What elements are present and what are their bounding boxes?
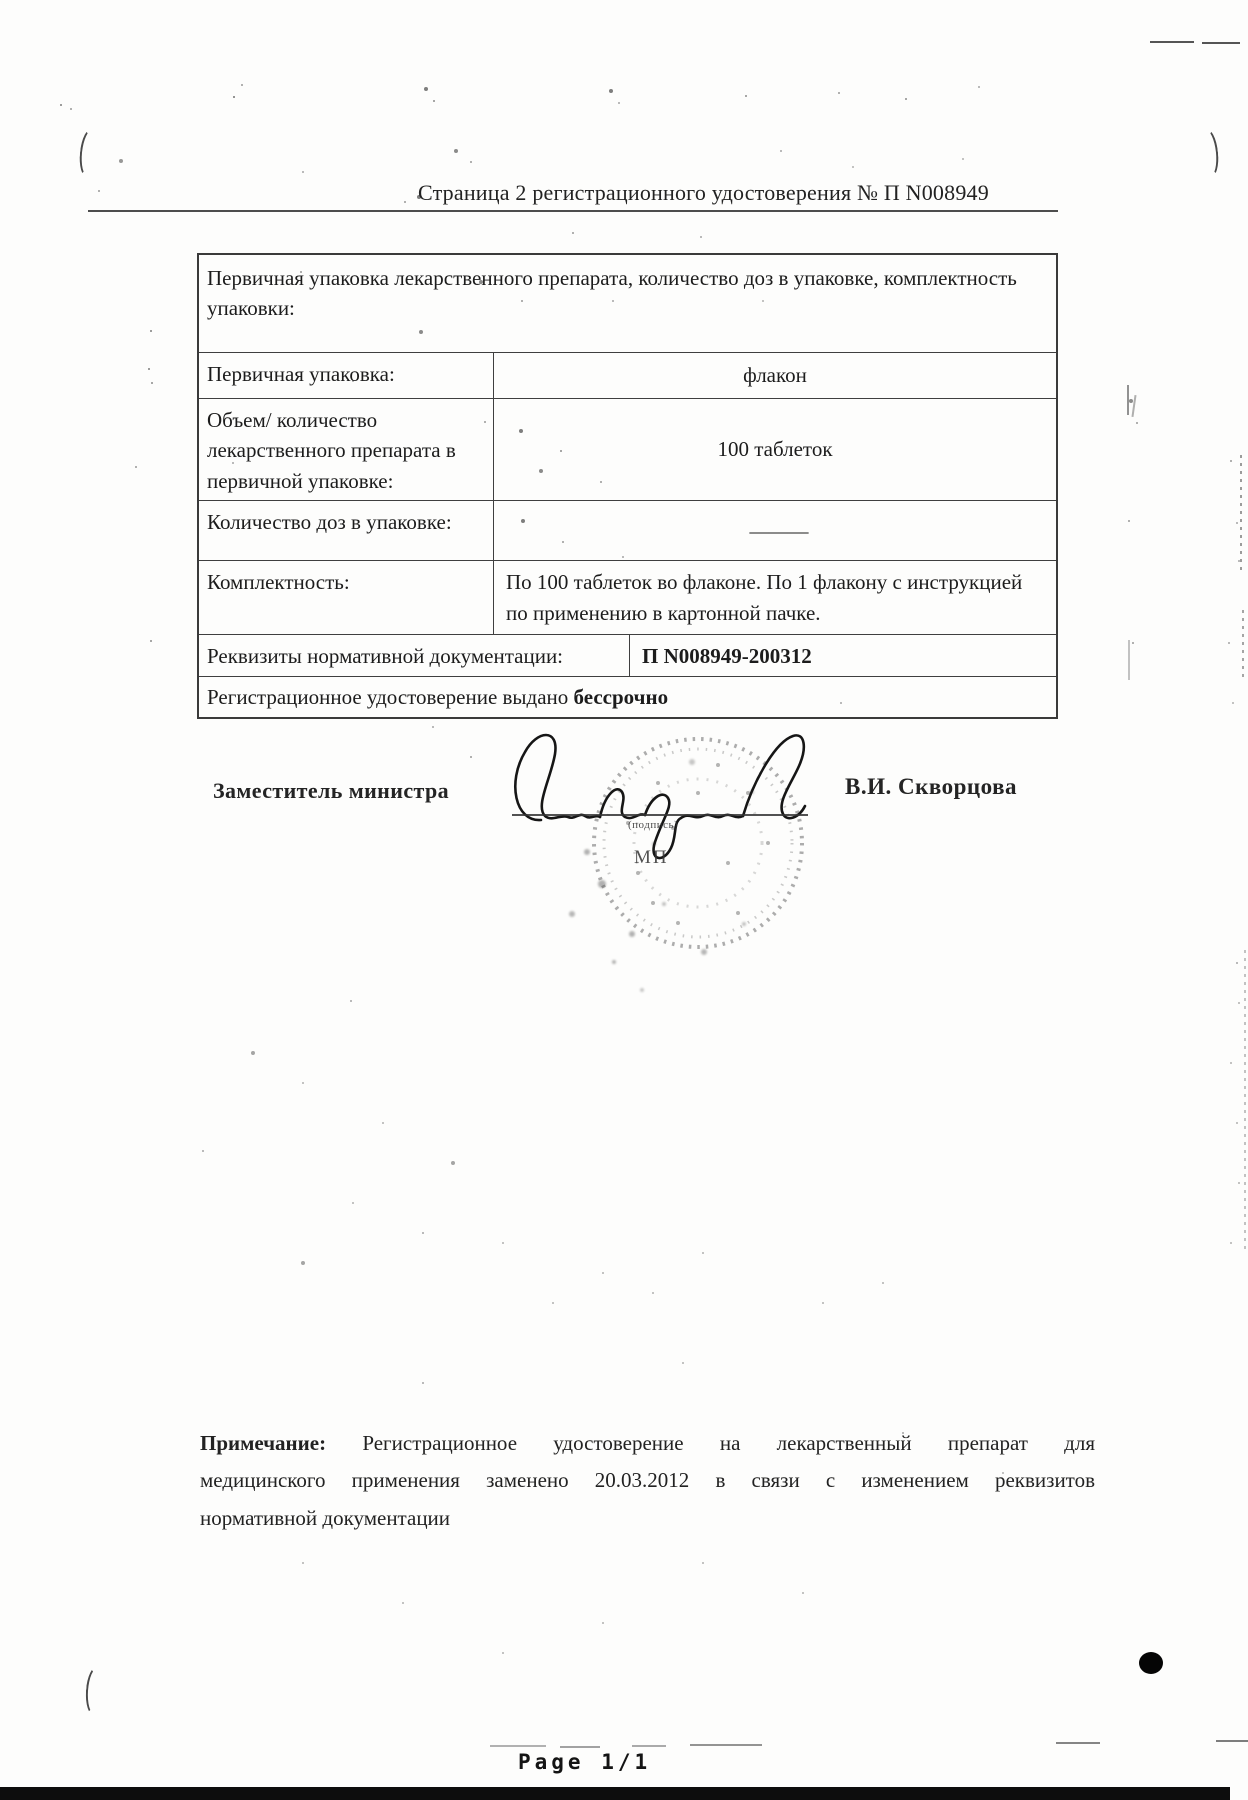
note-line-1: Примечание: Регистрационное удостоверени…: [200, 1425, 1095, 1462]
volume-quantity-value: 100 таблеток: [494, 399, 1056, 500]
footer-dash-6: [1216, 1740, 1248, 1742]
volume-quantity-label: Объем/ количество лекарственного препара…: [199, 399, 494, 500]
signature-caption: (подпись): [628, 819, 678, 831]
footer-dash-3: [632, 1745, 666, 1747]
validity-row: Регистрационное удостоверение выдано бес…: [199, 676, 1056, 716]
volume-quantity-row: Объем/ количество лекарственного препара…: [199, 398, 1056, 500]
primary-packaging-row: Первичная упаковка: флакон: [199, 352, 1056, 398]
scan-black-dot: [1139, 1652, 1163, 1674]
doses-count-label: Количество доз в упаковке:: [199, 501, 494, 560]
seal-place-label: МП: [634, 847, 669, 869]
signature-image: [505, 722, 835, 882]
scan-mark-paren-top-left: [77, 127, 102, 179]
note-label: Примечание:: [200, 1431, 326, 1455]
minister-position-title: Заместитель министра: [213, 778, 449, 804]
normative-docs-row: Реквизиты нормативной документации: П N0…: [199, 634, 1056, 676]
normative-docs-value: П N008949-200312: [630, 635, 1056, 676]
scan-dash-top-right-2: [1202, 42, 1240, 44]
normative-docs-label: Реквизиты нормативной документации:: [199, 635, 630, 676]
scan-mark-paren-top-right: [1195, 127, 1220, 179]
primary-packaging-label: Первичная упаковка:: [199, 353, 494, 398]
scan-streak-4: [1242, 610, 1244, 680]
footer-dash-4: [690, 1744, 762, 1746]
scan-streak-1: [1127, 385, 1129, 415]
footer-dash-2: [560, 1746, 600, 1748]
validity-text: Регистрационное удостоверение выдано: [207, 685, 568, 709]
footer-dash-1: [490, 1745, 546, 1747]
scan-streak-5: [1244, 950, 1246, 1250]
table-caption: Первичная упаковка лекарственного препар…: [207, 266, 1017, 320]
completeness-label: Комплектность:: [199, 561, 494, 634]
table-caption-row: Первичная упаковка лекарственного препар…: [199, 255, 1056, 352]
note-line-2: медицинского применения заменено 20.03.2…: [200, 1462, 1095, 1499]
completeness-row: Комплектность: По 100 таблеток во флакон…: [199, 560, 1056, 634]
page-header-title: Страница 2 регистрационного удостоверени…: [418, 180, 1118, 206]
packaging-table: Первичная упаковка лекарственного препар…: [197, 253, 1058, 719]
footer-dash-5: [1056, 1742, 1100, 1744]
note-line-3: нормативной документации: [200, 1500, 1095, 1537]
scan-streak-2: [1131, 395, 1136, 417]
footer-black-bar: [0, 1787, 1230, 1800]
completeness-value: По 100 таблеток во флаконе. По 1 флакону…: [494, 561, 1056, 634]
scan-streak-3: [1240, 455, 1242, 575]
scan-streak-6: [1128, 640, 1130, 680]
validity-term: бессрочно: [574, 685, 669, 709]
doses-count-value: ———: [750, 516, 807, 546]
scan-mark-paren-bottom-left: [84, 1665, 107, 1716]
signatory-name: В.И. Скворцова: [845, 774, 1017, 800]
stamp-ink-blotches: [0, 0, 4, 4]
note-line-1-text: Регистрационное удостоверение на лекарст…: [362, 1431, 1095, 1455]
page-number: Page 1/1: [518, 1750, 651, 1774]
note-paragraph: Примечание: Регистрационное удостоверени…: [200, 1425, 1095, 1537]
primary-packaging-value: флакон: [494, 353, 1056, 398]
doses-count-row: Количество доз в упаковке: ———: [199, 500, 1056, 560]
scan-dash-top-right-1: [1150, 41, 1194, 43]
header-rule: [88, 210, 1058, 212]
signature-line: [512, 814, 808, 816]
